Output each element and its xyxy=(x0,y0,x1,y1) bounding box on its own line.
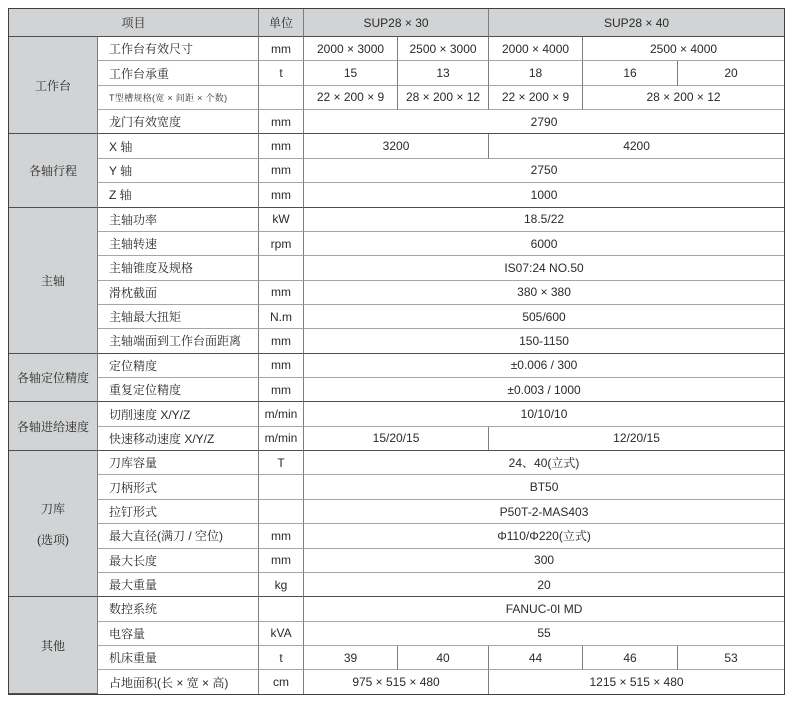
group-tool-magazine: 刀库 (选项) xyxy=(9,451,98,597)
row-label: X 轴 xyxy=(98,134,259,158)
unit-cell: N.m xyxy=(259,305,304,329)
unit-cell: m/min xyxy=(259,427,304,451)
unit-cell xyxy=(259,500,304,524)
row-label: 主轴转速 xyxy=(98,232,259,256)
table-row: 各轴定位精度 定位精度 mm ±0.006 / 300 xyxy=(9,354,784,378)
unit-cell: cm xyxy=(259,670,304,694)
row-label: 数控系统 xyxy=(98,597,259,621)
row-label: 机床重量 xyxy=(98,646,259,670)
value-cell: IS07:24 NO.50 xyxy=(304,256,784,280)
value-cell: 15/20/15 xyxy=(304,427,489,451)
unit-cell: mm xyxy=(259,281,304,305)
unit-cell: mm xyxy=(259,134,304,158)
value-cell: 2000 × 3000 xyxy=(304,37,398,61)
unit-cell: rpm xyxy=(259,232,304,256)
row-label: 最大长度 xyxy=(98,549,259,573)
row-label: 占地面积(长 × 宽 × 高) xyxy=(98,670,259,694)
unit-cell xyxy=(259,597,304,621)
value-cell: Φ110/Φ220(立式) xyxy=(304,524,784,548)
row-label: 定位精度 xyxy=(98,354,259,378)
group-worktable: 工作台 xyxy=(9,37,98,134)
value-cell: 150-1150 xyxy=(304,329,784,353)
value-cell: 20 xyxy=(304,573,784,597)
table-row: 机床重量 t 39 40 44 46 53 xyxy=(9,646,784,670)
row-label: 主轴功率 xyxy=(98,208,259,232)
unit-cell: m/min xyxy=(259,402,304,426)
value-cell: 3200 xyxy=(304,134,489,158)
spec-table: 项目 单位 SUP28 × 30 SUP28 × 40 工作台 工作台有效尺寸 … xyxy=(8,8,785,695)
row-label: Z 轴 xyxy=(98,183,259,207)
value-cell: 55 xyxy=(304,622,784,646)
group-positioning-accuracy: 各轴定位精度 xyxy=(9,354,98,403)
value-cell: 22 × 200 × 9 xyxy=(304,86,398,110)
table-row: 各轴行程 X 轴 mm 3200 4200 xyxy=(9,134,784,158)
row-label: Y 轴 xyxy=(98,159,259,183)
row-label: T型槽规格(宽 × 间距 × 个数) xyxy=(98,86,259,110)
value-cell: 300 xyxy=(304,549,784,573)
value-cell: 12/20/15 xyxy=(489,427,784,451)
table-row: 各轴进给速度 切削速度 X/Y/Z m/min 10/10/10 xyxy=(9,402,784,426)
value-cell: 22 × 200 × 9 xyxy=(489,86,583,110)
row-label: 工作台承重 xyxy=(98,61,259,85)
row-label: 滑枕截面 xyxy=(98,281,259,305)
unit-cell: T xyxy=(259,451,304,475)
table-row: 其他 数控系统 FANUC-0I MD xyxy=(9,597,784,621)
row-label: 龙门有效宽度 xyxy=(98,110,259,134)
value-cell: ±0.006 / 300 xyxy=(304,354,784,378)
value-cell: 2750 xyxy=(304,159,784,183)
value-cell: 24、40(立式) xyxy=(304,451,784,475)
value-cell: 4200 xyxy=(489,134,784,158)
unit-cell: mm xyxy=(259,159,304,183)
table-row: 滑枕截面 mm 380 × 380 xyxy=(9,281,784,305)
header-unit: 单位 xyxy=(259,9,304,37)
value-cell: BT50 xyxy=(304,475,784,499)
value-cell: 18.5/22 xyxy=(304,208,784,232)
header-model-sup28x30: SUP28 × 30 xyxy=(304,9,489,37)
table-row: Z 轴 mm 1000 xyxy=(9,183,784,207)
table-row: T型槽规格(宽 × 间距 × 个数) 22 × 200 × 9 28 × 200… xyxy=(9,86,784,110)
row-label: 刀柄形式 xyxy=(98,475,259,499)
unit-cell: mm xyxy=(259,329,304,353)
value-cell: 13 xyxy=(398,61,489,85)
unit-cell: t xyxy=(259,61,304,85)
unit-cell: mm xyxy=(259,549,304,573)
group-feed-rate: 各轴进给速度 xyxy=(9,402,98,451)
value-cell: 39 xyxy=(304,646,398,670)
value-cell: 2000 × 4000 xyxy=(489,37,583,61)
value-cell: P50T-2-MAS403 xyxy=(304,500,784,524)
value-cell: 975 × 515 × 480 xyxy=(304,670,489,694)
row-label: 主轴最大扭矩 xyxy=(98,305,259,329)
unit-cell: t xyxy=(259,646,304,670)
group-other: 其他 xyxy=(9,597,98,694)
table-row: 占地面积(长 × 宽 × 高) cm 975 × 515 × 480 1215 … xyxy=(9,670,784,694)
table-row: 龙门有效宽度 mm 2790 xyxy=(9,110,784,134)
row-label: 主轴端面到工作台面距离 xyxy=(98,329,259,353)
value-cell: 1215 × 515 × 480 xyxy=(489,670,784,694)
table-row: 主轴端面到工作台面距离 mm 150-1150 xyxy=(9,329,784,353)
value-cell: 18 xyxy=(489,61,583,85)
table-row: 重复定位精度 mm ±0.003 / 1000 xyxy=(9,378,784,402)
group-spindle: 主轴 xyxy=(9,208,98,354)
table-row: 主轴转速 rpm 6000 xyxy=(9,232,784,256)
table-row: 快速移动速度 X/Y/Z m/min 15/20/15 12/20/15 xyxy=(9,427,784,451)
table-row: 主轴锥度及规格 IS07:24 NO.50 xyxy=(9,256,784,280)
header-row: 项目 单位 SUP28 × 30 SUP28 × 40 xyxy=(9,9,784,37)
table-row: Y 轴 mm 2750 xyxy=(9,159,784,183)
value-cell: 16 xyxy=(583,61,678,85)
unit-cell: mm xyxy=(259,110,304,134)
value-cell: 15 xyxy=(304,61,398,85)
group-label-line1: 刀库 xyxy=(13,500,93,517)
value-cell: 53 xyxy=(678,646,784,670)
row-label: 工作台有效尺寸 xyxy=(98,37,259,61)
row-label: 最大重量 xyxy=(98,573,259,597)
table-row: 刀柄形式 BT50 xyxy=(9,475,784,499)
group-axis-travel: 各轴行程 xyxy=(9,134,98,207)
value-cell: 28 × 200 × 12 xyxy=(583,86,784,110)
unit-cell: mm xyxy=(259,183,304,207)
row-label: 最大直径(满刀 / 空位) xyxy=(98,524,259,548)
value-cell: 1000 xyxy=(304,183,784,207)
unit-cell xyxy=(259,475,304,499)
value-cell: 2790 xyxy=(304,110,784,134)
value-cell: 380 × 380 xyxy=(304,281,784,305)
table-row: 最大重量 kg 20 xyxy=(9,573,784,597)
unit-cell: mm xyxy=(259,524,304,548)
value-cell: 6000 xyxy=(304,232,784,256)
value-cell: 2500 × 3000 xyxy=(398,37,489,61)
header-model-sup28x40: SUP28 × 40 xyxy=(489,9,784,37)
value-cell: 2500 × 4000 xyxy=(583,37,784,61)
unit-cell xyxy=(259,86,304,110)
row-label: 主轴锥度及规格 xyxy=(98,256,259,280)
value-cell: 44 xyxy=(489,646,583,670)
row-label: 快速移动速度 X/Y/Z xyxy=(98,427,259,451)
table-row: 主轴 主轴功率 kW 18.5/22 xyxy=(9,208,784,232)
value-cell: ±0.003 / 1000 xyxy=(304,378,784,402)
row-label: 切削速度 X/Y/Z xyxy=(98,402,259,426)
unit-cell: mm xyxy=(259,354,304,378)
table-row: 主轴最大扭矩 N.m 505/600 xyxy=(9,305,784,329)
unit-cell: mm xyxy=(259,37,304,61)
unit-cell: kg xyxy=(259,573,304,597)
value-cell: 40 xyxy=(398,646,489,670)
header-item: 项目 xyxy=(9,9,259,37)
group-label-line2: (选项) xyxy=(13,531,93,548)
value-cell: 10/10/10 xyxy=(304,402,784,426)
value-cell: 505/600 xyxy=(304,305,784,329)
table-row: 工作台承重 t 15 13 18 16 20 xyxy=(9,61,784,85)
unit-cell: mm xyxy=(259,378,304,402)
value-cell: 20 xyxy=(678,61,784,85)
row-label: 刀库容量 xyxy=(98,451,259,475)
table-row: 工作台 工作台有效尺寸 mm 2000 × 3000 2500 × 3000 2… xyxy=(9,37,784,61)
row-label: 拉钉形式 xyxy=(98,500,259,524)
value-cell: 46 xyxy=(583,646,678,670)
table-row: 刀库 (选项) 刀库容量 T 24、40(立式) xyxy=(9,451,784,475)
row-label: 电容量 xyxy=(98,622,259,646)
unit-cell: kW xyxy=(259,208,304,232)
row-label: 重复定位精度 xyxy=(98,378,259,402)
table-row: 电容量 kVA 55 xyxy=(9,622,784,646)
unit-cell: kVA xyxy=(259,622,304,646)
table-row: 最大直径(满刀 / 空位) mm Φ110/Φ220(立式) xyxy=(9,524,784,548)
table-row: 最大长度 mm 300 xyxy=(9,549,784,573)
table-row: 拉钉形式 P50T-2-MAS403 xyxy=(9,500,784,524)
unit-cell xyxy=(259,256,304,280)
value-cell: 28 × 200 × 12 xyxy=(398,86,489,110)
value-cell: FANUC-0I MD xyxy=(304,597,784,621)
